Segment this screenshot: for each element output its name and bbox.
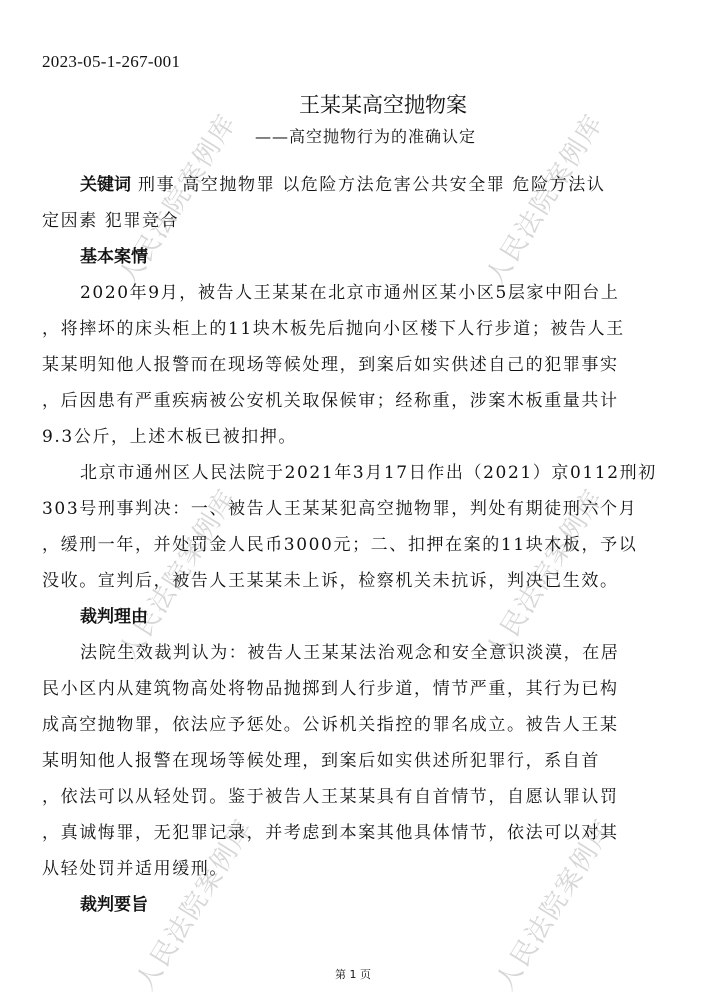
document-body: 关键词 刑事 高空抛物罪 以危险方法危害公共安全罪 危险方法认 定因素 犯罪竞合… xyxy=(42,167,667,923)
paragraph-line: 从轻处罚并适用缓刑。 xyxy=(42,851,667,887)
keywords-text: 刑事 高空抛物罪 以危险方法危害公共安全罪 危险方法认 xyxy=(131,175,605,195)
page-number: 第 1 页 xyxy=(0,966,706,982)
paragraph-line: ，后因患有严重疾病被公安机关取保候审；经称重，涉案木板重量共计 xyxy=(42,383,667,419)
paragraph-line: 9.3公斤，上述木板已被扣押。 xyxy=(42,419,667,455)
keywords-line: 关键词 刑事 高空抛物罪 以危险方法危害公共安全罪 危险方法认 xyxy=(42,167,667,203)
paragraph-line: 法院生效裁判认为：被告人王某某法治观念和安全意识淡漠，在居 xyxy=(42,635,667,671)
keywords-label: 关键词 xyxy=(80,175,131,195)
paragraph-line: 民小区内从建筑物高处将物品抛掷到人行步道，情节严重，其行为已构 xyxy=(42,671,667,707)
paragraph-line: 303号刑事判决：一、被告人王某某犯高空抛物罪，判处有期徒刑六个月 xyxy=(42,491,667,527)
paragraph-line: 没收。宣判后，被告人王某某未上诉，检察机关未抗诉，判决已生效。 xyxy=(42,563,667,599)
document-subtitle: ——高空抛物行为的准确认定 xyxy=(255,124,476,147)
document-title: 王某某高空抛物案 xyxy=(0,89,706,119)
paragraph-line: 某明知他人报警在现场等候处理，到案后如实供述所犯罪行，系自首 xyxy=(42,743,667,779)
paragraph-line: ，依法可以从轻处罚。鉴于被告人王某某具有自首情节，自愿认罪认罚 xyxy=(42,779,667,815)
paragraph-line: ，将摔坏的床头柜上的11块木板先后抛向小区楼下人行步道；被告人王 xyxy=(42,311,667,347)
section-heading-basic-facts: 基本案情 xyxy=(42,239,667,275)
paragraph-line: ，缓刑一年，并处罚金人民币3000元；二、扣押在案的11块木板，予以 xyxy=(42,527,667,563)
section-heading-reasoning: 裁判理由 xyxy=(42,599,667,635)
paragraph-line: ，真诚悔罪，无犯罪记录，并考虑到本案其他具体情节，依法可以对其 xyxy=(42,815,667,851)
section-heading-gist: 裁判要旨 xyxy=(42,887,667,923)
paragraph-line: 2020年9月，被告人王某某在北京市通州区某小区5层家中阳台上 xyxy=(42,275,667,311)
case-id: 2023-05-1-267-001 xyxy=(42,52,180,72)
paragraph-line: 某某明知他人报警而在现场等候处理，到案后如实供述自己的犯罪事实 xyxy=(42,347,667,383)
keywords-line-2: 定因素 犯罪竞合 xyxy=(42,203,667,239)
paragraph-line: 成高空抛物罪，依法应予惩处。公诉机关指控的罪名成立。被告人王某 xyxy=(42,707,667,743)
paragraph-line: 北京市通州区人民法院于2021年3月17日作出（2021）京0112刑初 xyxy=(42,455,667,491)
